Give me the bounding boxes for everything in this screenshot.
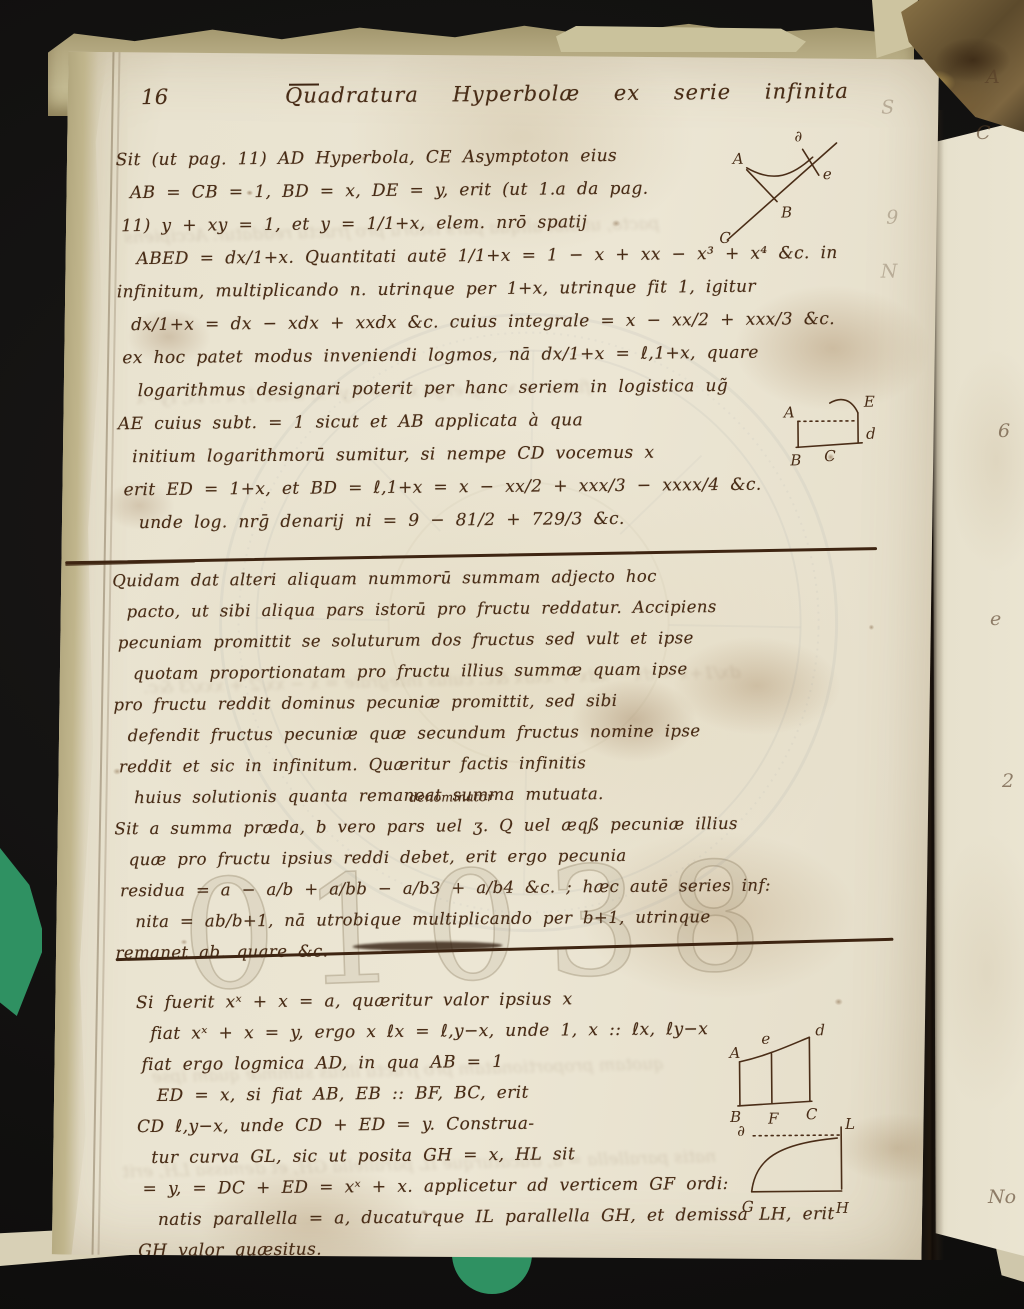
diagram-label: A — [731, 150, 744, 168]
page-title: Quadratura Hyperbolæ ex serie infinita — [285, 79, 849, 108]
diagram-label: e — [761, 1030, 770, 1048]
diagram-label: e — [823, 165, 832, 183]
cradle-green-strap — [0, 848, 42, 1016]
edge-glyph: A — [986, 66, 1000, 88]
log-curve — [751, 1138, 837, 1192]
right-vertical — [809, 1037, 810, 1101]
manuscript-page: 01038 pacto, ut sibi aliqua pars istorū … — [48, 44, 943, 1269]
page-number: 16 — [141, 85, 169, 109]
small-curve — [830, 399, 858, 413]
edge-glyph: No — [988, 1186, 1016, 1208]
diagram-label: A — [782, 403, 795, 421]
diagram-label: ∂ — [737, 1122, 745, 1140]
right-vertical — [841, 1127, 842, 1189]
interlinear-note: denominator — [409, 789, 493, 805]
edge-glyph: 6 — [998, 420, 1010, 442]
diagram-label: A — [727, 1044, 740, 1062]
title-underline — [289, 84, 319, 86]
title-row: 16 Quadratura Hyperbolæ ex serie infinit… — [53, 78, 927, 86]
logarithm-diagram: A E d B C — [784, 391, 890, 472]
edge-glyph: C — [976, 122, 991, 144]
manuscript-scan: A C 6 e 2 No 01038 pacto, ut sibi aliqua… — [0, 0, 1024, 1309]
top-curve — [739, 1037, 809, 1062]
margin-bleed-glyph: S — [881, 96, 894, 118]
base-line — [752, 1191, 842, 1192]
diagram-label: B — [789, 451, 801, 469]
diagram-label: B — [780, 203, 792, 221]
diagram-label: L — [844, 1115, 855, 1133]
section-interest-problem: Quidam dat alteri aliquam nummorū summam… — [112, 566, 771, 975]
margin-bleed-glyph: 9 — [886, 206, 898, 228]
edge-glyph: e — [990, 608, 1001, 630]
diagram-label: d — [815, 1021, 825, 1039]
facing-page-edge — [932, 120, 1024, 1256]
base-line — [738, 1101, 812, 1106]
diagram-label: H — [835, 1199, 850, 1217]
cover-fragment — [556, 26, 806, 52]
diagram-label: ∂ — [794, 127, 802, 145]
hyperbola-diagram: A ∂ e B C — [718, 129, 869, 245]
dotted-line — [798, 421, 856, 422]
diagram-label: E — [863, 393, 875, 411]
dotted-asymptote — [753, 1135, 841, 1136]
diagram-label: C — [824, 447, 836, 465]
diagram-label: d — [866, 425, 876, 443]
diagram-label: G — [742, 1198, 754, 1216]
manuscript-line: unde log. nrḡ denarij ni = 9 − 81/2 + 72… — [139, 507, 841, 546]
margin-bleed-glyph: N — [881, 260, 898, 282]
page-content: pacto, ut sibi aliqua pars istorū pro fr… — [53, 48, 938, 1266]
edge-glyph: 2 — [1002, 770, 1014, 792]
curve-GL-diagram: ∂ L G H — [737, 1117, 873, 1218]
diagram-label: C — [719, 229, 731, 247]
